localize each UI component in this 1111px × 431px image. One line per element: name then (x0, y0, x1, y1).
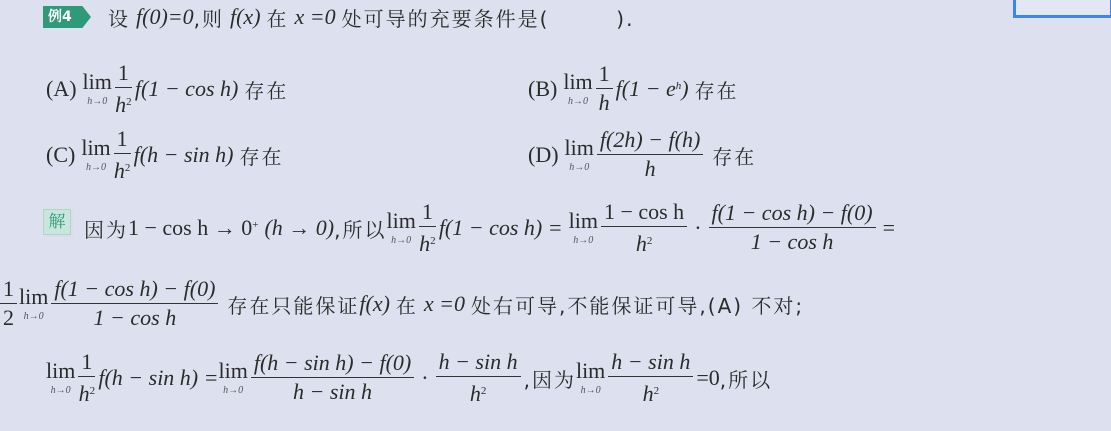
question-suffix: 处可导的充要条件是( ). (342, 3, 635, 32)
option-a-fraction: 1 h2 (115, 61, 132, 118)
solution-l1-frac2: 1 − cos h h2 (601, 200, 687, 257)
option-a-limit: limh→0 (83, 71, 112, 107)
question-mid2: 在 (267, 3, 289, 32)
solution-l1-frac1: 1 h2 (419, 200, 436, 257)
option-b: (B) limh→0 1 h f(1 − eh) 存在 (528, 58, 739, 120)
solution-l1-expr1: f(1 − cos h) = (439, 215, 563, 241)
option-c-limit: limh→0 (81, 137, 110, 173)
option-a-label: (A) (46, 76, 77, 102)
solution-l1-frac3: f(1 − cos h) − f(0) 1 − cos h (709, 201, 876, 255)
solution-badge: 解 (43, 209, 71, 235)
question-mid1: ,则 (194, 3, 224, 32)
option-a-tail: 存在 (244, 75, 288, 104)
solution-l2-text1: 存在只能保证 (227, 290, 359, 319)
question-condition: f(0)=0 (136, 4, 194, 30)
question-point: x =0 (295, 4, 336, 30)
solution-l3-frac4: h − sin h h2 (608, 350, 693, 407)
solution-intro: 因为 (84, 214, 128, 243)
option-b-fraction: 1 h (596, 62, 613, 116)
solution-l3-because: ,因为 (524, 364, 576, 393)
option-b-tail: 存在 (695, 75, 739, 104)
option-c: (C) limh→0 1 h2 f(h − sin h) 存在 (46, 124, 283, 186)
solution-l3-frac2: f(h − sin h) − f(0) h − sin h (251, 351, 414, 405)
solution-l2-text2: 在 (396, 290, 418, 319)
option-b-limit: limh→0 (563, 71, 592, 107)
solution-line-1: 因为 1 − cos h → 0+ (h → 0) ,所以 limh→0 1 h… (84, 196, 895, 260)
solution-l3-limit2: limh→0 (218, 360, 247, 396)
solution-l1-limit: limh→0 (386, 210, 415, 246)
solution-l1-eq: = (883, 215, 895, 241)
solution-l2-text3: 处右可导,不能保证可导,(A) 不对; (471, 290, 804, 319)
solution-l2-point: x =0 (424, 291, 465, 317)
solution-so: ,所以 (334, 214, 386, 243)
question-prefix: 设 (108, 3, 130, 32)
option-b-label: (B) (528, 76, 557, 102)
question-fx: f(x) (230, 4, 261, 30)
solution-l3-expr1: f(h − sin h) = (98, 365, 218, 391)
solution-l2-limit: limh→0 (19, 286, 48, 322)
option-d-tail: 存在 (712, 141, 756, 170)
option-b-expression: f(1 − eh) (616, 76, 689, 102)
solution-l2-frac: f(1 − cos h) − f(0) 1 − cos h (51, 277, 218, 331)
example-badge: 例4 (43, 6, 91, 28)
option-a: (A) limh→0 1 h2 f(1 − cos h) 存在 (46, 58, 288, 120)
solution-condition: 1 − cos h → 0+ (128, 215, 258, 241)
solution-l1-dot: · (694, 215, 701, 241)
solution-line-2: 1 2 limh→0 f(1 − cos h) − f(0) 1 − cos h… (0, 272, 804, 336)
question-line: 设 f(0)=0 ,则 f(x) 在 x =0 处可导的充要条件是( ). (108, 4, 634, 30)
solution-l3-dot: · (421, 365, 428, 391)
solution-l3-so: ,所以 (720, 364, 772, 393)
solution-l3-limit3: limh→0 (576, 360, 605, 396)
corner-highlight-box (1013, 0, 1111, 18)
option-c-expression: f(h − sin h) (134, 142, 234, 168)
solution-l2-fx: f(x) (359, 291, 390, 317)
solution-l3-frac3: h − sin h h2 (436, 350, 521, 407)
solution-l1-limit2: limh→0 (569, 210, 598, 246)
solution-l3-limit: limh→0 (46, 360, 75, 396)
option-c-label: (C) (46, 142, 75, 168)
solution-condition-paren: (h → 0) (264, 215, 334, 241)
solution-l3-frac1: 1 h2 (78, 350, 95, 407)
option-d-label: (D) (528, 142, 559, 168)
solution-l3-eq0: =0 (696, 365, 719, 391)
option-d-limit: limh→0 (565, 137, 594, 173)
option-c-tail: 存在 (239, 141, 283, 170)
solution-l2-coefficient: 1 2 (0, 277, 17, 331)
option-c-fraction: 1 h2 (114, 127, 131, 184)
option-d-fraction: f(2h) − f(h) h (597, 128, 703, 182)
solution-line-3: limh→0 1 h2 f(h − sin h) = limh→0 f(h − … (46, 346, 772, 410)
option-d: (D) limh→0 f(2h) − f(h) h 存在 (528, 124, 756, 186)
option-a-expression: f(1 − cos h) (135, 76, 238, 102)
